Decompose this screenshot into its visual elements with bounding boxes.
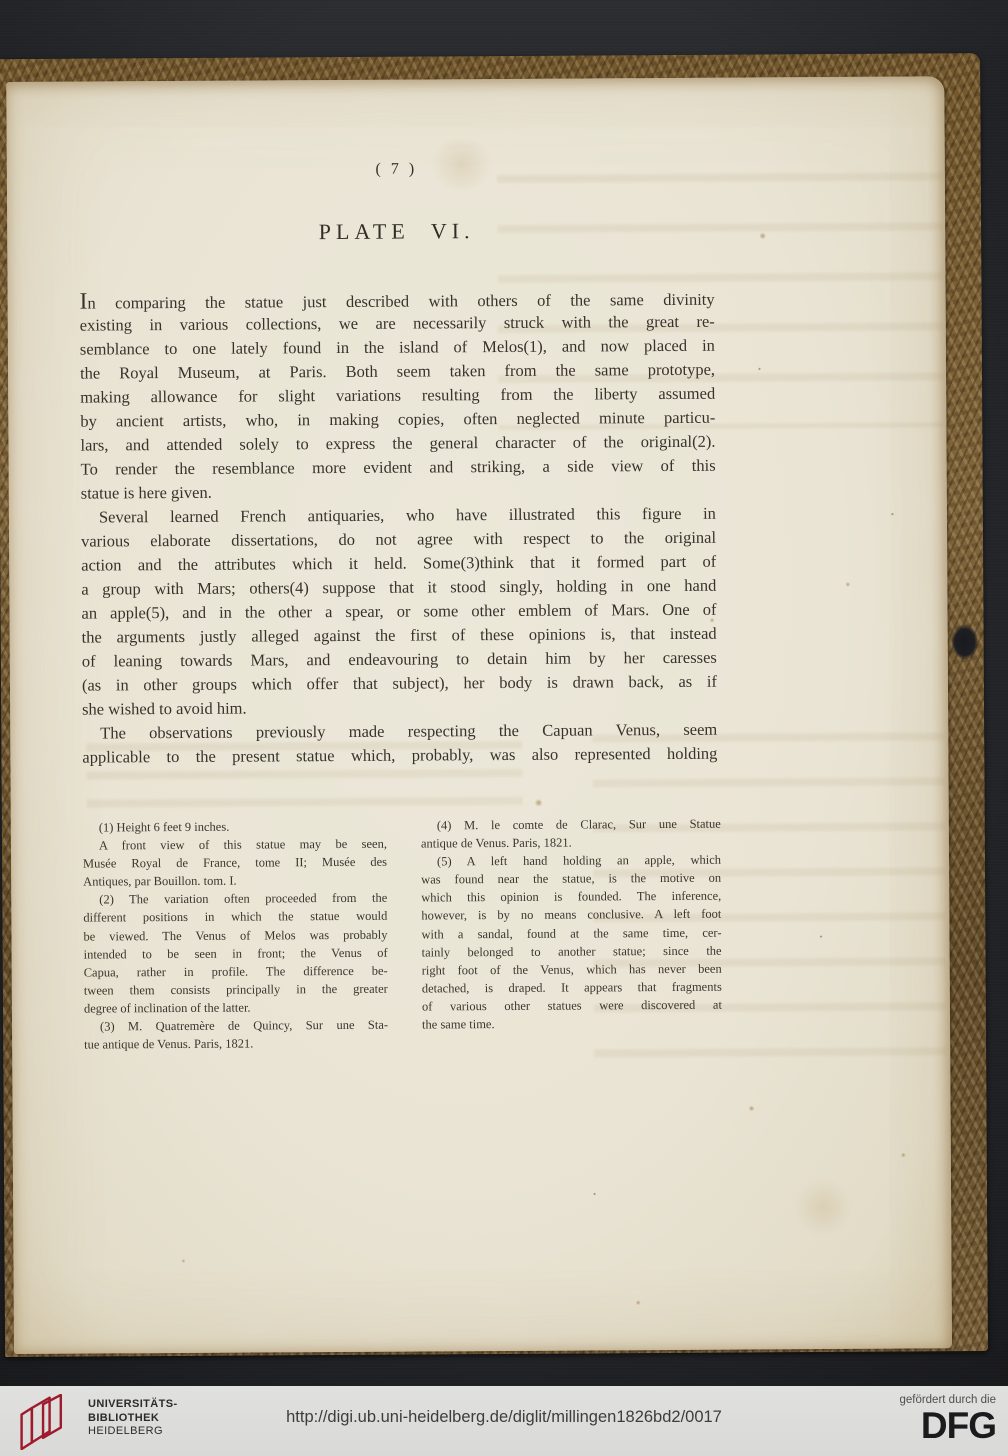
- paragraph-2: Several learned French antiquaries, who …: [81, 502, 717, 722]
- text-line: To render the resemblance more evident a…: [81, 454, 716, 482]
- text-line: degree of inclination of the latter.: [84, 998, 388, 1018]
- foxing-spot: [181, 1259, 185, 1263]
- foxing-spot: [759, 232, 766, 239]
- text-line: of various other statues were discovered…: [422, 996, 722, 1016]
- ink-speck: [758, 367, 761, 370]
- foxing-spot: [535, 799, 543, 807]
- viewer-footer: UNIVERSITÄTS- BIBLIOTHEK HEIDELBERG http…: [0, 1386, 1008, 1456]
- document-url[interactable]: http://digi.ub.uni-heidelberg.de/diglit/…: [204, 1408, 804, 1427]
- book-edge-notch: [952, 625, 978, 659]
- paragraph-3: The observations previously made respect…: [82, 718, 717, 770]
- foxing-spot: [845, 582, 850, 587]
- text-line: applicable to the present statue which, …: [82, 742, 717, 770]
- library-name-line2: BIBLIOTHEK: [88, 1412, 178, 1426]
- book-page: ( 7 ) PLATE VI. In comparing the statue …: [6, 76, 952, 1354]
- ub-heidelberg-logo-icon: [12, 1394, 76, 1450]
- text-line: tween them consists principally in the g…: [84, 980, 388, 1000]
- ink-speck: [891, 513, 894, 516]
- page-number: ( 7 ): [79, 159, 714, 181]
- text-line: Musée Royal de France, tome II; Musée de…: [83, 853, 387, 873]
- text-line: was found near the statue, is the motive…: [421, 869, 721, 889]
- text-line: Capua, rather in profile. The difference…: [84, 961, 388, 981]
- library-name-line3: HEIDELBERG: [88, 1425, 178, 1439]
- plate-heading: PLATE VI.: [79, 217, 714, 247]
- text-line: right foot of the Venus, which has never…: [422, 959, 722, 979]
- text-line: Antiques, par Bouillon. tom. I.: [83, 871, 387, 891]
- text-line: (2) The variation often proceeded from t…: [83, 889, 387, 909]
- ink-speck: [593, 1192, 596, 1195]
- text-line: (4) M. le comte de Clarac, Sur une Statu…: [421, 815, 721, 835]
- library-name-line1: UNIVERSITÄTS-: [88, 1398, 178, 1412]
- text-line: (as in other groups which offer that sub…: [82, 670, 717, 698]
- foxing-spot: [749, 1105, 755, 1111]
- foxing-spot: [901, 1153, 906, 1158]
- digitized-book-scan: ( 7 ) PLATE VI. In comparing the statue …: [0, 0, 1008, 1456]
- text-line: A front view of this statue may be seen,: [83, 835, 387, 855]
- text-line: which this opinion is founded. The infer…: [421, 887, 721, 907]
- text-line: tainly belonged to another statue; since…: [422, 941, 722, 961]
- ink-speck: [819, 935, 822, 938]
- text-line: (5) A left hand holding an apple, which: [421, 851, 721, 871]
- text-line: the same time.: [422, 1014, 722, 1034]
- book: ( 7 ) PLATE VI. In comparing the statue …: [0, 0, 1008, 1389]
- text-line: (1) Height 6 feet 9 inches.: [83, 817, 387, 837]
- text-line: (3) M. Quatremère de Quincy, Sur une Sta…: [84, 1016, 388, 1036]
- foxing-spot: [636, 1300, 641, 1305]
- library-name: UNIVERSITÄTS- BIBLIOTHEK HEIDELBERG: [88, 1398, 178, 1439]
- funding-block: gefördert durch die DFG: [899, 1394, 996, 1445]
- body-text: In comparing the statue just described w…: [80, 286, 718, 770]
- footnotes: (1) Height 6 feet 9 inches.A front view …: [83, 815, 722, 1054]
- footnotes-right-column: (4) M. le comte de Clarac, Sur une Statu…: [421, 815, 722, 1052]
- text-line: be viewed. The Venus of Melos was probab…: [83, 925, 387, 945]
- paragraph-1: In comparing the statue just described w…: [80, 286, 716, 506]
- text-line: antique de Venus. Paris, 1821.: [421, 833, 721, 853]
- text-line: intended to be seen in front; the Venus …: [84, 943, 388, 963]
- scan-background: ( 7 ) PLATE VI. In comparing the statue …: [0, 0, 1008, 1386]
- text-line: however, is by no means conclusive. A le…: [421, 905, 721, 925]
- text-line: different positions in which the statue …: [83, 907, 387, 927]
- text-line: tue antique de Venus. Paris, 1821.: [84, 1034, 388, 1054]
- dfg-logo: DFG: [899, 1407, 996, 1445]
- text-line: with a sandal, found at the same time, c…: [421, 923, 721, 943]
- text-line: detached, is draped. It appears that fra…: [422, 978, 722, 998]
- footnotes-left-column: (1) Height 6 feet 9 inches.A front view …: [83, 817, 388, 1054]
- stain: [793, 1177, 853, 1237]
